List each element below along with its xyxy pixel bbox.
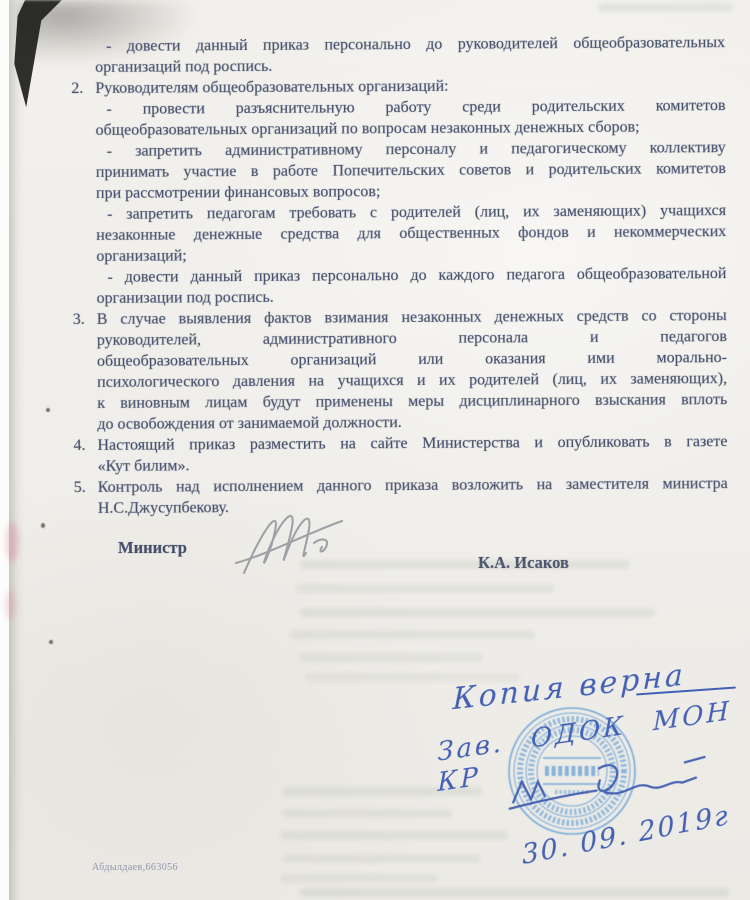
bleed-through-text bbox=[598, 3, 733, 12]
bleed-through-text bbox=[298, 653, 483, 662]
scan-speck bbox=[41, 523, 45, 528]
bleed-through-text bbox=[282, 809, 452, 818]
minister-signature bbox=[230, 497, 360, 582]
list-number: 3. bbox=[73, 309, 95, 330]
bleed-through-text bbox=[282, 854, 480, 863]
body-text: - довести данный приказ персонально до р… bbox=[95, 32, 728, 519]
bleed-through-text bbox=[300, 560, 630, 569]
list-number: 2. bbox=[71, 78, 93, 99]
scan-edge-shadow bbox=[9, 0, 25, 900]
executor-reference: Абдылдаев,663056 bbox=[92, 862, 178, 873]
bleed-through-text bbox=[290, 630, 535, 639]
pink-smudge bbox=[5, 590, 16, 620]
list-number: 5. bbox=[74, 477, 96, 498]
bleed-through-text bbox=[295, 584, 555, 593]
bleed-through-text bbox=[280, 831, 508, 840]
minister-role-label: Министр bbox=[118, 538, 187, 558]
body-line: Н.С.Джусупбекову. bbox=[98, 494, 728, 519]
pink-smudge bbox=[6, 522, 19, 562]
scan-edge bbox=[0, 0, 9, 900]
bleed-through-text bbox=[280, 874, 438, 883]
scan-speck bbox=[49, 640, 53, 644]
document-scan: - довести данный приказ персонально до р… bbox=[0, 0, 750, 900]
bleed-through-text bbox=[300, 608, 655, 617]
list-number: 4. bbox=[73, 435, 95, 456]
scan-speck bbox=[46, 408, 50, 412]
bleed-through-text bbox=[300, 888, 730, 897]
